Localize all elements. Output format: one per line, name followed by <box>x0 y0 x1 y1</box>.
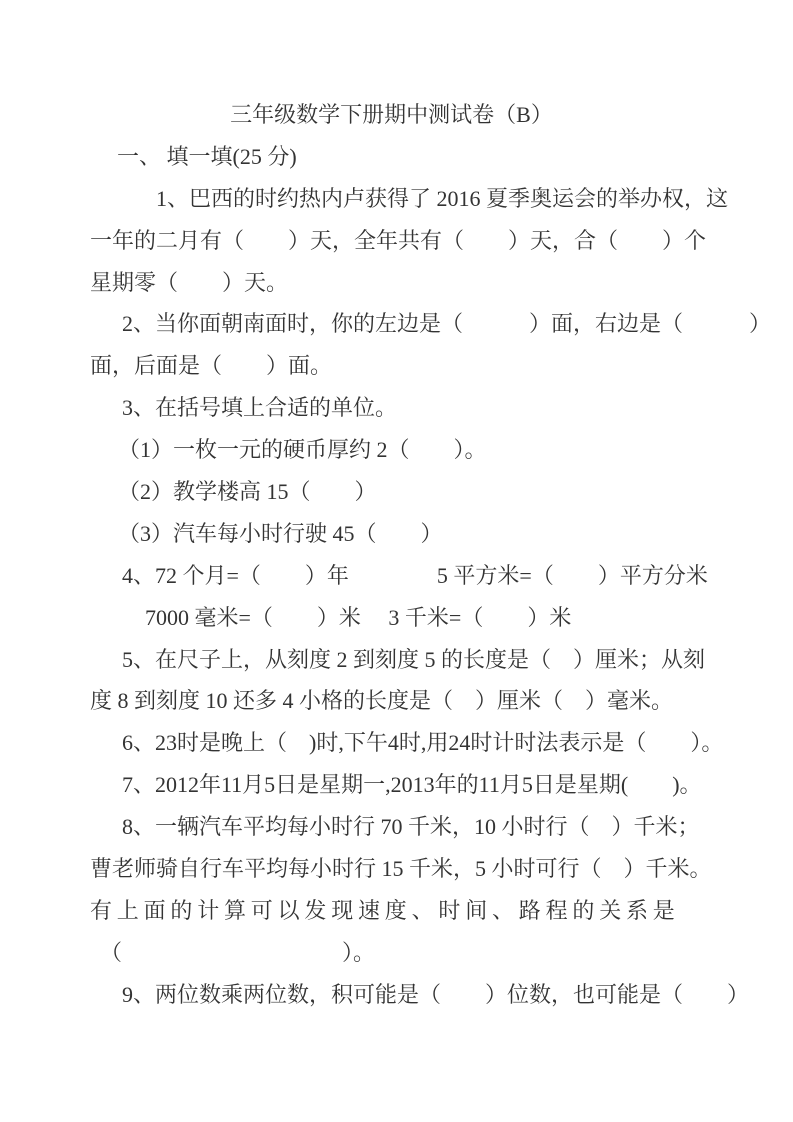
text-line: 度 8 到刻度 10 还多 4 小格的长度是（ ）厘米（ ）毫米。 <box>90 680 693 722</box>
text-line: 一、 填一填(25 分) <box>117 136 693 178</box>
text-line: 1、巴西的时约热内卢获得了 2016 夏季奥运会的举办权，这 <box>156 178 693 220</box>
text-line: 面，后面是（ ）面。 <box>90 345 693 387</box>
text-line: （ ）。 <box>100 932 693 974</box>
text-line: 7000 毫米=（ ）米 3 千米=（ ）米 <box>145 597 693 639</box>
document-page: 三年级数学下册期中测试卷（B） 一、 填一填(25 分)1、巴西的时约热内卢获得… <box>0 0 793 1122</box>
text-line: 曹老师骑自行车平均每小时行 15 千米，5 小时可行（ ）千米。 <box>90 848 693 890</box>
text-line: 8、一辆汽车平均每小时行 70 千米，10 小时行（ ）千米； <box>122 806 693 848</box>
text-line: 2、当你面朝南面时，你的左边是（ ）面，右边是（ ） <box>122 303 693 345</box>
text-line: （3）汽车每小时行驶 45（ ） <box>118 513 693 555</box>
text-line: 一年的二月有（ ）天，全年共有（ ）天，合（ ）个 <box>90 220 693 262</box>
text-line: 有上面的计算可以发现速度、时间、路程的关系是 <box>90 890 693 932</box>
text-line: 3、在括号填上合适的单位。 <box>122 387 693 429</box>
text-line: 6、23时是晚上（ )时,下午4时,用24时计时法表示是（ ）。 <box>122 722 693 764</box>
text-line: （2）教学楼高 15（ ） <box>118 471 693 513</box>
document-title: 三年级数学下册期中测试卷（B） <box>90 94 693 136</box>
text-line: 7、2012年11月5日是星期一,2013年的11月5日是星期( )。 <box>122 764 693 806</box>
text-line: 星期零（ ）天。 <box>90 262 693 304</box>
text-line: 5、在尺子上，从刻度 2 到刻度 5 的长度是（ ）厘米；从刻 <box>122 639 693 681</box>
text-line: 4、72 个月=（ ）年 5 平方米=（ ）平方分米 <box>122 555 693 597</box>
document-lines: 一、 填一填(25 分)1、巴西的时约热内卢获得了 2016 夏季奥运会的举办权… <box>90 136 693 1016</box>
text-line: 9、两位数乘两位数，积可能是（ ）位数，也可能是（ ） <box>122 974 693 1016</box>
text-line: （1）一枚一元的硬币厚约 2（ ）。 <box>118 429 693 471</box>
